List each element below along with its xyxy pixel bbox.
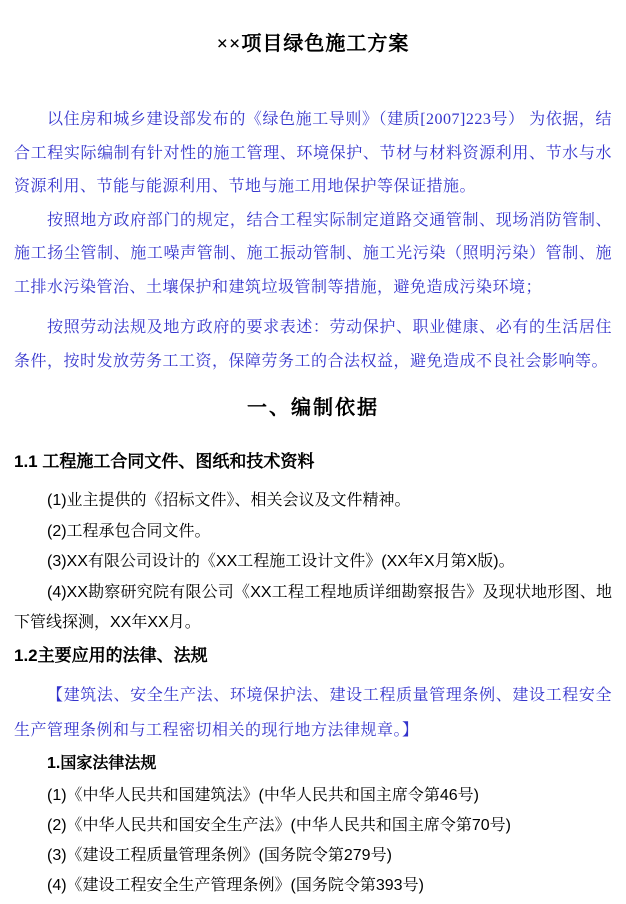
intro-paragraph-basis: 以住房和城乡建设部发布的《绿色施工导则》（建质[2007]223号） 为依据，结… bbox=[14, 103, 612, 204]
sub1-item-4: (4)XX勘察研究院有限公司《XX工程工程地质详细勘察报告》及现状地形图、地下管… bbox=[14, 578, 612, 639]
document-title: ××项目绿色施工方案 bbox=[14, 31, 612, 57]
intro-paragraph-labor: 按照劳动法规及地方政府的要求表述：劳动保护、职业健康、必有的生活居住条件，按时发… bbox=[14, 311, 612, 378]
sub2-item-4: (4)《建设工程安全生产管理条例》(国务院令第393号) bbox=[14, 871, 612, 901]
sub2-item-2: (2)《中华人民共和国安全生产法》(中华人民共和国主席令第70号) bbox=[14, 811, 612, 841]
sub2-item-3: (3)《建设工程质量管理条例》(国务院令第279号) bbox=[14, 841, 612, 871]
sub1-item-3: (3)XX有限公司设计的《XX工程施工设计文件》(XX年X月第X版)。 bbox=[14, 547, 612, 578]
section-1-heading: 一、编制依据 bbox=[14, 394, 612, 422]
document-page: ××项目绿色施工方案 以住房和城乡建设部发布的《绿色施工导则》（建质[2007]… bbox=[0, 0, 626, 904]
national-laws-group-label: 1.国家法律法规 bbox=[14, 750, 612, 778]
legal-scope-note: 【建筑法、安全生产法、环境保护法、建设工程质量管理条例、建设工程安全生产管理条例… bbox=[14, 678, 612, 748]
sub1-item-2: (2)工程承包合同文件。 bbox=[14, 517, 612, 548]
intro-paragraph-local-regulations: 按照地方政府部门的规定，结合工程实际制定道路交通管制、现场消防管制、施工扬尘管制… bbox=[14, 204, 612, 305]
sub1-item-1: (1)业主提供的《招标文件》、相关会议及文件精神。 bbox=[14, 486, 612, 517]
subsection-1-1-heading: 1.1 工程施工合同文件、图纸和技术资料 bbox=[14, 449, 612, 475]
sub2-item-1: (1)《中华人民共和国建筑法》(中华人民共和国主席令第46号) bbox=[14, 781, 612, 811]
subsection-1-2-heading: 1.2主要应用的法律、法规 bbox=[14, 643, 612, 669]
